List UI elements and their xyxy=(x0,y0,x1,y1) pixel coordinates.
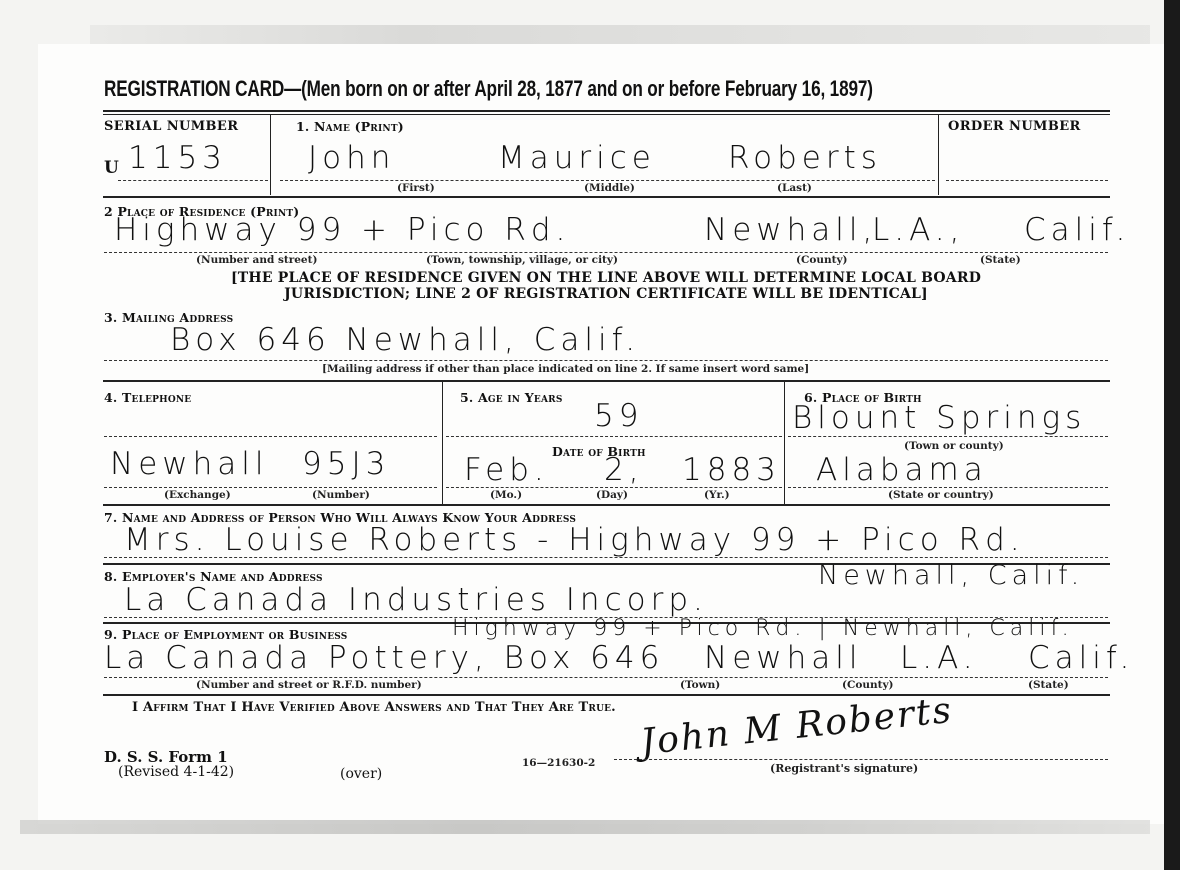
dob-day: 2, xyxy=(604,452,644,488)
rule xyxy=(103,694,1110,696)
contact-value: Mrs. Louise Roberts - Highway 99 + Pico … xyxy=(124,522,1025,558)
sub-label: (First) xyxy=(397,182,435,194)
dob-year: 1883 xyxy=(682,452,781,488)
name-first: John xyxy=(308,140,395,176)
scan-edge-bottom xyxy=(20,820,1150,834)
mailing-value: Box 646 Newhall, Calif. xyxy=(170,322,640,358)
serial-number-label: SERIAL NUMBER xyxy=(104,119,238,134)
over-note: (over) xyxy=(340,766,382,782)
divider xyxy=(938,115,939,195)
sub-label: (State or country) xyxy=(888,489,994,501)
line xyxy=(446,436,782,437)
sub-label: (Yr.) xyxy=(704,489,730,501)
age-value: 59 xyxy=(594,398,643,434)
sub-label: (State) xyxy=(980,254,1021,266)
employer-value: La Canada Industries Incorp. xyxy=(124,582,708,618)
line xyxy=(104,436,437,437)
sub-label: (County) xyxy=(842,679,894,691)
sub-label: (Number and street) xyxy=(196,254,317,266)
line xyxy=(788,436,1108,437)
telephone-label: 4. Telephone xyxy=(104,390,191,405)
title-rule xyxy=(103,110,1110,115)
sub-label: (Number and street or R.F.D. number) xyxy=(196,679,422,691)
divider xyxy=(442,382,443,504)
residence-street: Highway 99 + Pico Rd. xyxy=(114,212,570,248)
sub-label: (Middle) xyxy=(584,182,635,194)
line xyxy=(788,487,1108,488)
serial-number-value: 1153 xyxy=(128,140,227,176)
form-revised: (Revised 4-1-42) xyxy=(118,764,234,780)
card-title: REGISTRATION CARD—(Men born on or after … xyxy=(104,76,873,102)
sub-label: (County) xyxy=(796,254,848,266)
employment-address-above: Highway 99 + Pico Rd. | Newhall, Calif. xyxy=(452,616,1074,641)
telephone-exchange: Newhall xyxy=(110,446,269,482)
residence-town: Newhall, xyxy=(704,212,877,248)
line xyxy=(946,180,1108,181)
sub-label: (Mo.) xyxy=(490,489,522,501)
sub-label: (Town) xyxy=(680,679,720,691)
print-code: 16—21630-2 xyxy=(522,757,595,769)
sub-label: (Exchange) xyxy=(164,489,231,501)
rule xyxy=(103,504,1110,506)
employment-town: Newhall xyxy=(704,640,863,676)
birthplace-state: Alabama xyxy=(816,452,988,488)
rule xyxy=(103,380,1110,382)
line xyxy=(104,487,437,488)
sub-label: (Town or county) xyxy=(904,440,1004,452)
line xyxy=(104,252,1108,253)
line xyxy=(446,487,782,488)
affirmation: I Affirm That I Have Verified Above Answ… xyxy=(132,700,616,715)
serial-prefix: U xyxy=(104,158,119,178)
residence-county: L.A., xyxy=(872,212,965,248)
employment-state: Calif. xyxy=(1028,640,1134,676)
sub-label: (State) xyxy=(1028,679,1069,691)
sub-label: (Last) xyxy=(777,182,812,194)
line xyxy=(104,677,1108,678)
name-middle: Maurice xyxy=(498,140,656,176)
residence-notice-2: JURISDICTION; LINE 2 OF REGISTRATION CER… xyxy=(104,286,1108,302)
line xyxy=(614,759,1108,760)
mailing-note: [Mailing address if other than place ind… xyxy=(322,363,809,375)
line xyxy=(280,180,935,181)
order-number-label: ORDER NUMBER xyxy=(948,119,1081,134)
dob-month: Feb. xyxy=(464,452,549,488)
sub-label: (Day) xyxy=(596,489,628,501)
line xyxy=(118,180,268,181)
line xyxy=(104,360,1108,361)
rule xyxy=(103,196,1110,198)
employment-value: La Canada Pottery, Box 646 xyxy=(104,640,664,676)
scan-edge-top xyxy=(90,25,1150,45)
residence-notice-1: [THE PLACE OF RESIDENCE GIVEN ON THE LIN… xyxy=(104,270,1108,286)
contact-value-line2: Newhall, Calif. xyxy=(818,560,1084,591)
divider xyxy=(270,115,271,195)
sub-label: (Town, township, village, or city) xyxy=(426,254,618,266)
birthplace-town: Blount Springs xyxy=(792,400,1086,436)
scan-edge-right xyxy=(1164,0,1180,870)
name-label: 1. Name (Print) xyxy=(296,119,404,134)
divider xyxy=(784,382,785,504)
name-last: Roberts xyxy=(728,140,882,176)
residence-state: Calif. xyxy=(1024,212,1130,248)
age-label: 5. Age in Years xyxy=(460,390,563,405)
employment-county: L.A. xyxy=(900,640,978,676)
line xyxy=(104,557,1108,558)
sub-label: (Number) xyxy=(312,489,370,501)
telephone-number: 95J3 xyxy=(302,446,390,482)
signature-label: (Registrant's signature) xyxy=(770,762,918,775)
